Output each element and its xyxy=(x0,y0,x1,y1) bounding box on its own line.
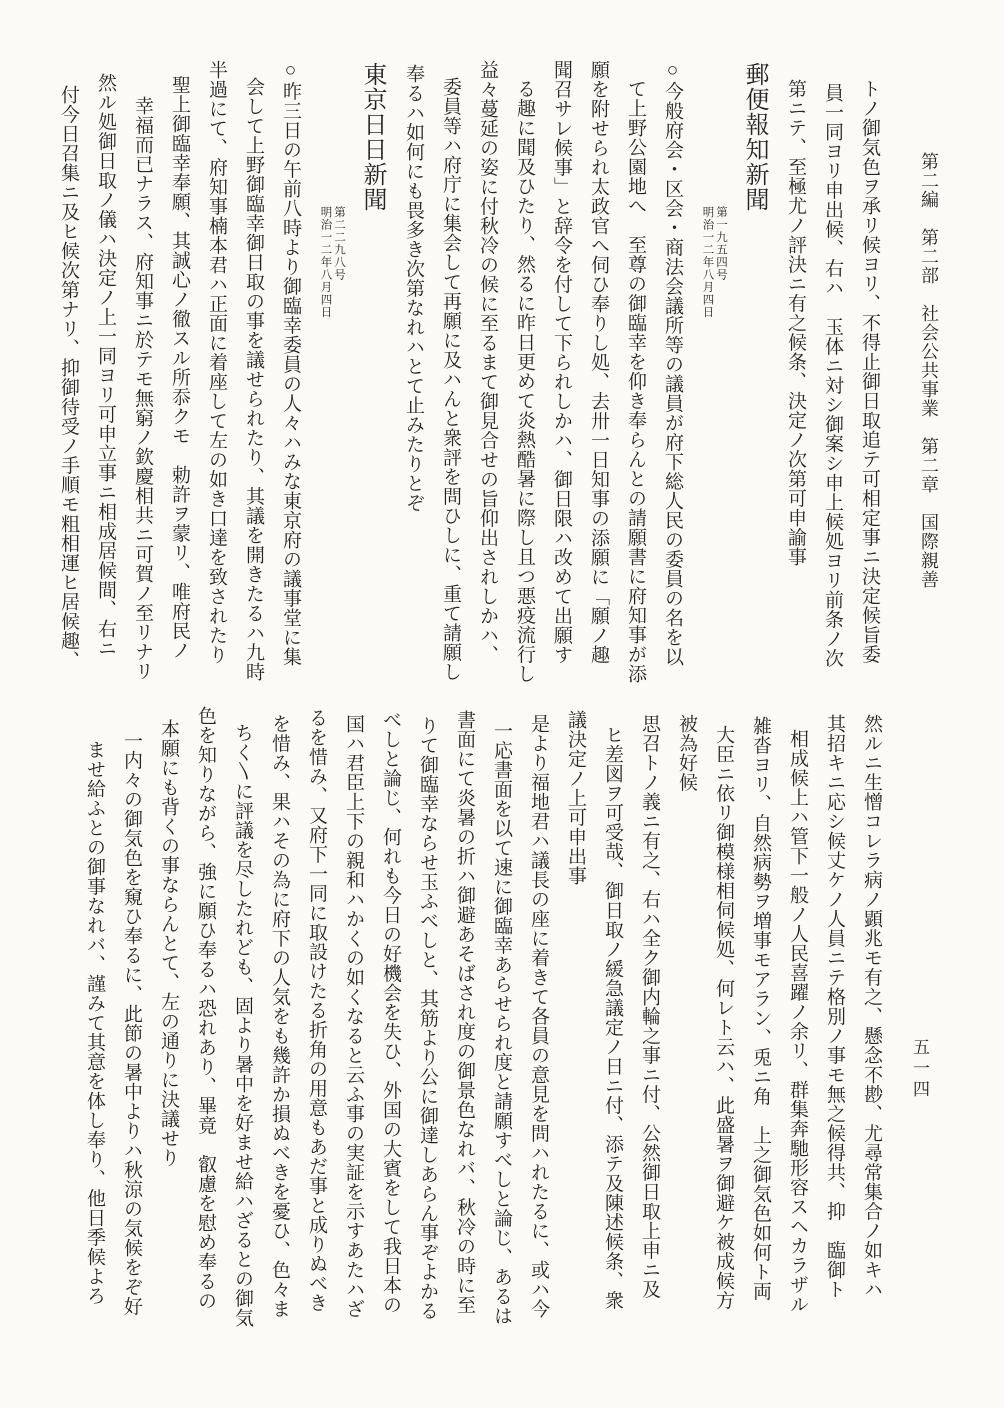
text-column: 半過にて、府知事楠本君ハ正面に着座して左の如き口達を致されたり xyxy=(198,60,235,690)
text-column: 員一同ヨリ申出候、右ハ 玉体ニ対シ御案シ申上候処ヨリ前条ノ次 xyxy=(814,60,851,690)
text-column: て上野公園地へ 至尊の御臨幸を仰き奉らんとの請願書に府知事が添 xyxy=(617,60,654,690)
text-column: 是より福地君ハ議長の座に着きて各員の意見を問ハれたるに、或ハ今 xyxy=(520,706,557,1354)
text-column: 議決定ノ上可申出事 xyxy=(557,706,594,1354)
newspaper-title: 郵便報知新聞 xyxy=(731,60,777,690)
newspaper-title: 東京日日新聞 xyxy=(349,60,395,690)
text-column: 相成候上ハ管下一般ノ人民喜躍ノ余リ、群集奔馳形容スヘカラザル xyxy=(779,706,816,1354)
text-column: 委員等ハ府庁に集会して再願に及ハんと衆評を問ひしに、重て請願し xyxy=(432,60,469,690)
text-column: ○昨三日の午前八時より御臨幸委員の人々ハみな東京府の議事堂に集 xyxy=(272,60,309,690)
issue-date-line: 明治一二年八月四日 xyxy=(700,206,714,690)
text-column: 本願にも背くの事ならんとて、左の通りに決議せり xyxy=(150,706,187,1354)
text-column: るを惜み、又府下一同に取設けたる折角の用意もあだ事と成りぬべき xyxy=(298,706,335,1354)
newspaper-issue-date: 第二二九八号明治一二年八月四日 xyxy=(318,60,345,690)
text-column: 付今日召集ニ及ヒ候次第ナリ、抑御待受ノ手順モ粗相運ヒ居候趣、 xyxy=(50,60,87,690)
text-column: ませ給ふとの御事なれバ、謹みて其意を体し奉り、他日季候よろ xyxy=(76,706,113,1354)
text-column: 奉るハ如何にも畏多き次第なれハとて止みたりとぞ xyxy=(395,60,432,690)
book-page: 第二編 第二部 社会公共事業 第二章 国際親善 トノ御気色ヲ承リ候ヨリ、不得止御… xyxy=(0,0,1004,1408)
text-column: りて御臨幸ならせ玉ふべしと、其筋より公に御達しあらん事ぞよかる xyxy=(409,706,446,1354)
text-column: ヒ差図ヲ可受哉、御日取ノ緩急議定ノ日ニ付、添テ及陳述候条、衆 xyxy=(594,706,631,1354)
issue-date-line: 第二二九八号 xyxy=(332,206,346,690)
text-column: べしと論じ、何れも今日の好機会を失ひ、外国の大賓をして我日本の xyxy=(372,706,409,1354)
text-column: 一応書面を以て速に御臨幸あらせられ度と請願すべしと論じ、あるは xyxy=(483,706,520,1354)
text-column: 其招キニ応シ候丈ケノ人員ニテ格別ノ事モ無之候得共、抑 臨御ト xyxy=(816,706,853,1354)
text-column: 然ル処御日取ノ儀ハ決定ノ上一同ヨリ可申立事ニ相成居候間、右ニ xyxy=(87,60,124,690)
text-column: 書面にて炎暑の折ハ御避あそばされ度の御景色なれバ、秋冷の時に至 xyxy=(446,706,483,1354)
text-column: 色を知りながら、強に願ひ奉るハ恐れあり、畢竟 叡慮を慰め奉るの xyxy=(187,706,224,1354)
bottom-text-block: 然ルニ生憎コレラ病ノ顕兆モ有之、懸念不尠、尤尋常集合ノ如キハ其招キニ応シ候丈ケノ… xyxy=(76,706,890,1354)
text-column: 願を附せられ太政官へ伺ひ奉りし処、去卅一日知事の添願に「願ノ趣 xyxy=(580,60,617,690)
text-column: ちく〵に評議を尽したれども、固より暑中を好ませ給ハざるとの御気 xyxy=(224,706,261,1354)
text-column: 国ハ君臣上下の親和ハかくの如くなると云ふ事の実証を示すあたハざ xyxy=(335,706,372,1354)
page-number: 五一四 xyxy=(907,1038,932,1101)
text-column: 思召トノ義ニ有之、右ハ全ク御内輪之事ニ付、公然御日取上申ニ及 xyxy=(631,706,668,1354)
text-column: 雑沓ヨリ、自然病勢ヲ増事モアラン、兎ニ角 上之御気色如何ト両 xyxy=(742,706,779,1354)
text-column: 大臣ニ依リ御模様相伺候処、何レト云ハ、此盛暑ヲ御避ケ被成候方 xyxy=(705,706,742,1354)
text-column: 被為好候 xyxy=(668,706,705,1354)
text-column: る趣に聞及ひたり、然るに昨日更めて炎熱酷暑に際し且つ悪疫流行し xyxy=(506,60,543,690)
text-column: 聖上御臨幸奉願、其誠心ノ徹スル所忝クモ 勅許ヲ蒙リ、唯府民ノ xyxy=(161,60,198,690)
text-column: を惜み、果ハその為に府下の人気をも幾許か損ぬべきを憂ひ、色々ま xyxy=(261,706,298,1354)
top-text-block: トノ御気色ヲ承リ候ヨリ、不得止御日取追テ可相定事ニ決定候旨委員一同ヨリ申出候、右… xyxy=(50,60,888,690)
text-column: ○今般府会・区会・商法会議所等の議員が府下総人民の委員の名を以 xyxy=(654,60,691,690)
text-column: 然ルニ生憎コレラ病ノ顕兆モ有之、懸念不尠、尤尋常集合ノ如キハ xyxy=(853,706,890,1354)
newspaper-issue-date: 第一九五四号明治一二年八月四日 xyxy=(700,60,727,690)
text-column: トノ御気色ヲ承リ候ヨリ、不得止御日取追テ可相定事ニ決定候旨委 xyxy=(851,60,888,690)
issue-date-line: 明治一二年八月四日 xyxy=(318,206,332,690)
text-column: 一内々の御気色を窺ひ奉るに、此節の暑中よりハ秋涼の気候をぞ好 xyxy=(113,706,150,1354)
text-column: 会して上野御臨幸御日取の事を議せられたり、其議を開きたるハ九時 xyxy=(235,60,272,690)
text-column: 第ニテ、至極尤ノ評決ニ有之候条、決定ノ次第可申諭事 xyxy=(777,60,814,690)
issue-date-line: 第一九五四号 xyxy=(714,206,728,690)
text-column: 聞召サレ候事」と辞令を付して下られしかハ、御日限ハ改めて出願す xyxy=(543,60,580,690)
text-column: 幸福而已ナラス、府知事ニ於テモ無窮ノ欽慶相共ニ可賀ノ至リナリ xyxy=(124,60,161,690)
running-head: 第二編 第二部 社会公共事業 第二章 国際親善 xyxy=(916,152,942,589)
text-column: 益々蔓延の姿に付秋冷の候に至るまて御見合せの旨仰出されしかハ、 xyxy=(469,60,506,690)
